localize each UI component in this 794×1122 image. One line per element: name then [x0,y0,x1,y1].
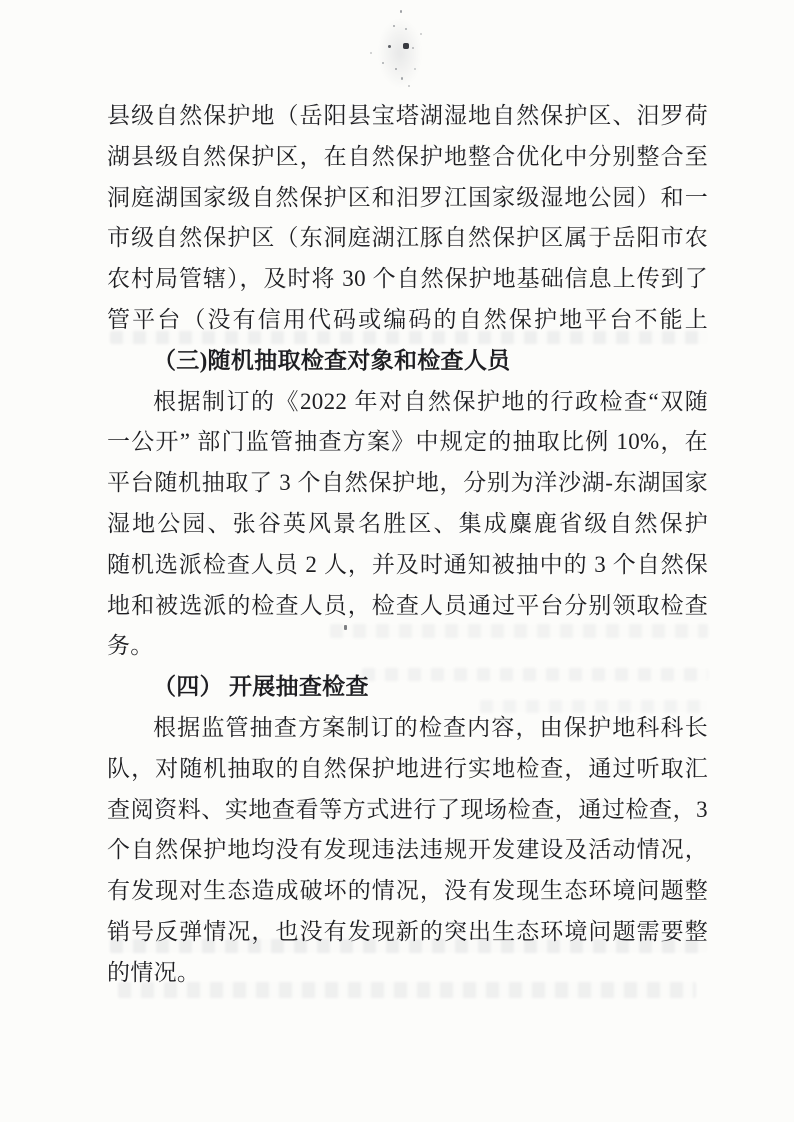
body-text-line: 随机选派检查人员 2 人，并及时通知被抽中的 3 个自然保护 [107,545,708,586]
scan-noise-speck [408,85,410,87]
scan-noise-speck [412,47,414,49]
body-text-line: 查阅资料、实地查看等方式进行了现场检查，通过检查，3 [107,790,708,831]
scanned-document-page: 县级自然保护地（岳阳县宝塔湖湿地自然保护区、汨罗荷叶 湖县级自然保护区，在自然保… [0,0,794,1122]
scan-noise-speck [388,45,391,48]
scan-noise-speck [420,33,422,35]
body-text-line: 洞庭湖国家级自然保护区和汨罗江国家级湿地公园）和一个 [107,178,708,219]
body-text-line: 湿地公园、张谷英风景名胜区、集成麋鹿省级自然保护区， [107,504,708,545]
scan-noise-blob [378,18,422,88]
body-text-line: 根据制订的《2022 年对自然保护地的行政检查“双随机、 [107,382,708,423]
body-text-line: 平台随机抽取了 3 个自然保护地，分别为洋沙湖-东湖国家 [107,463,708,504]
body-text-line: 市级自然保护区（东洞庭湖江豚自然保护区属于岳阳市农业 [107,218,708,259]
body-text-line: 务。 [107,626,708,667]
scan-noise-speck [405,28,407,30]
scan-noise-speck [401,77,403,80]
body-text-line: 销号反弹情况，也没有发现新的突出生态环境问题需要整改 [107,912,708,953]
body-text-line: 有发现对生态造成破坏的情况，没有发现生态环境问题整改 [107,871,708,912]
section-heading-3: （三)随机抽取检查对象和检查人员 [107,341,708,382]
section-heading-4: （四） 开展抽查检查 [107,667,708,708]
body-text-line: 县级自然保护地（岳阳县宝塔湖湿地自然保护区、汨罗荷叶 [107,96,708,137]
body-text-line: 队，对随机抽取的自然保护地进行实地检查，通过听取汇报、 [107,749,708,790]
scan-noise-speck [382,62,384,64]
scan-noise-speck [414,68,416,70]
body-text-line: 的情况。 [107,953,708,994]
scan-noise-speck [395,68,397,70]
body-text-line: 个自然保护地均没有发现违法违规开发建设及活动情况，没 [107,830,708,871]
scan-noise-speck [400,10,402,13]
scan-noise-speck [403,43,409,49]
body-text-line: 湖县级自然保护区，在自然保护地整合优化中分别整合至东 [107,137,708,178]
body-text-line: 管平台（没有信用代码或编码的自然保护地平台不能上传）。 [107,300,708,341]
body-text-line: 一公开” 部门监管抽查方案》中规定的抽取比例 10%，在监管 [107,422,708,463]
body-text-line: 农村局管辖），及时将 30 个自然保护地基础信息上传到了监 [107,259,708,300]
scan-noise-speck [370,52,372,54]
scan-noise-speck [393,25,395,27]
document-body: 县级自然保护地（岳阳县宝塔湖湿地自然保护区、汨罗荷叶 湖县级自然保护区，在自然保… [107,96,708,994]
body-text-line: 地和被选派的检查人员，检查人员通过平台分别领取检查任 [107,586,708,627]
body-text-line: 根据监管抽查方案制订的检查内容，由保护地科科长带 [107,708,708,749]
